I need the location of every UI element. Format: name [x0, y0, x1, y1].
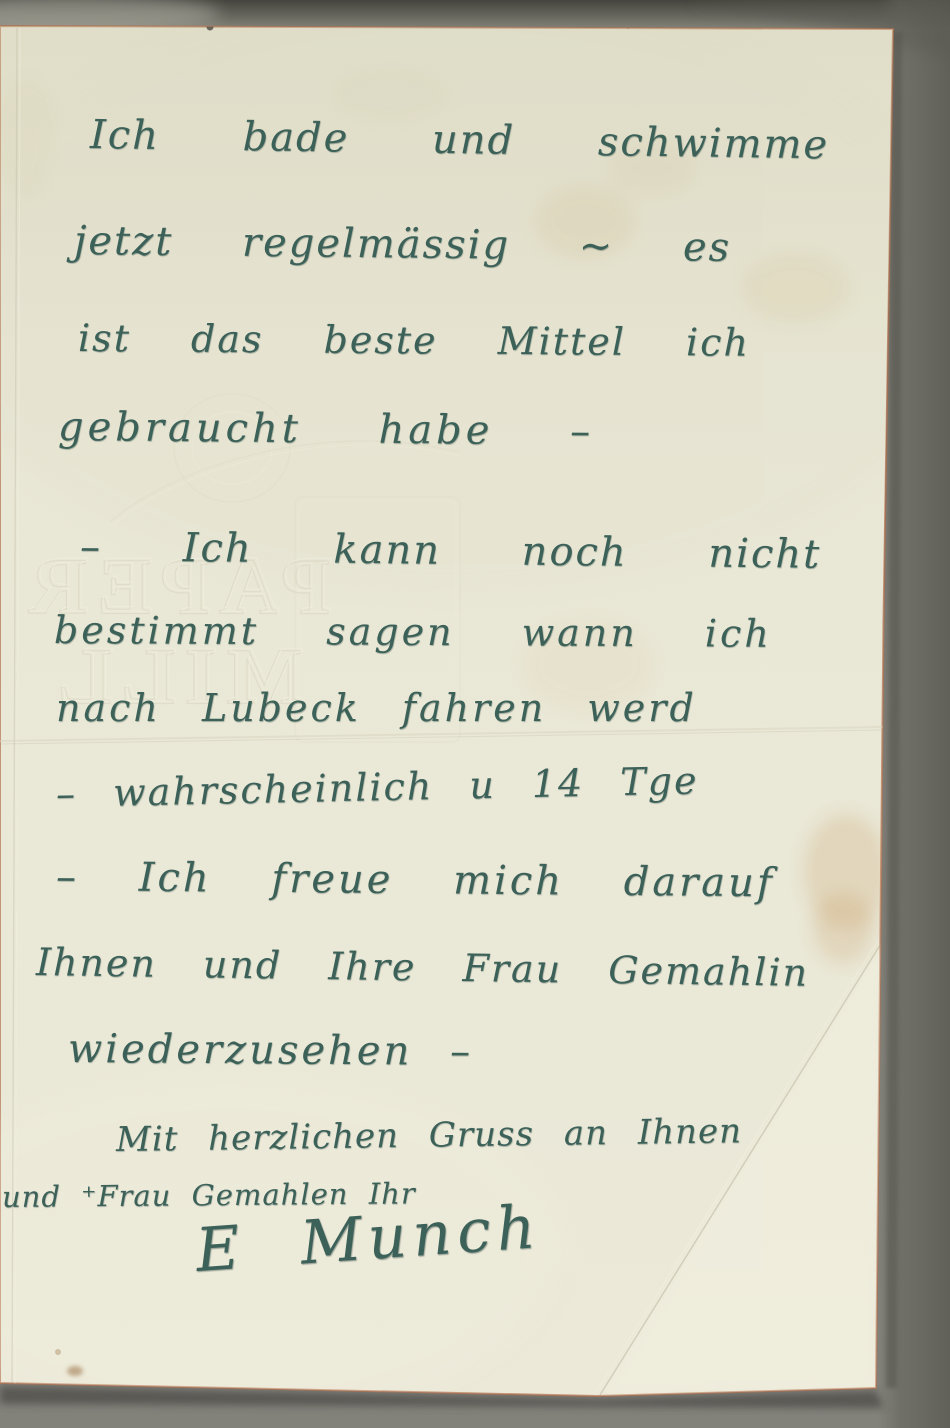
handwritten-line-4: gebraucht habe – — [58, 404, 595, 455]
letter-photograph: PAPER PAPER MILL MILL — [0, 0, 950, 1428]
handwritten-line-7: nach Lubeck fahren werd — [56, 686, 697, 730]
handwritten-line-9: – Ich freue mich darauf — [56, 854, 775, 906]
handwritten-line-11: wiederzusehen – — [68, 1026, 473, 1075]
handwriting-layer: Ich bade und schwimme jetzt regelmässig … — [0, 0, 950, 1428]
handwritten-line-2: jetzt regelmässig ~ es — [74, 218, 732, 271]
handwritten-line-8: – wahrscheinlich u 14 Tge — [56, 759, 699, 816]
handwritten-line-3: ist das beste Mittel ich — [78, 316, 750, 365]
handwritten-line-1: Ich bade und schwimme — [90, 112, 830, 168]
handwritten-line-12: Mit herzlichen Gruss an Ihnen — [116, 1111, 743, 1160]
handwritten-line-6: bestimmt sagen wann ich — [54, 608, 772, 656]
handwritten-line-10: Ihnen und Ihre Frau Gemahlin — [36, 940, 810, 995]
handwritten-line-5: – Ich kann noch nicht — [80, 524, 822, 578]
